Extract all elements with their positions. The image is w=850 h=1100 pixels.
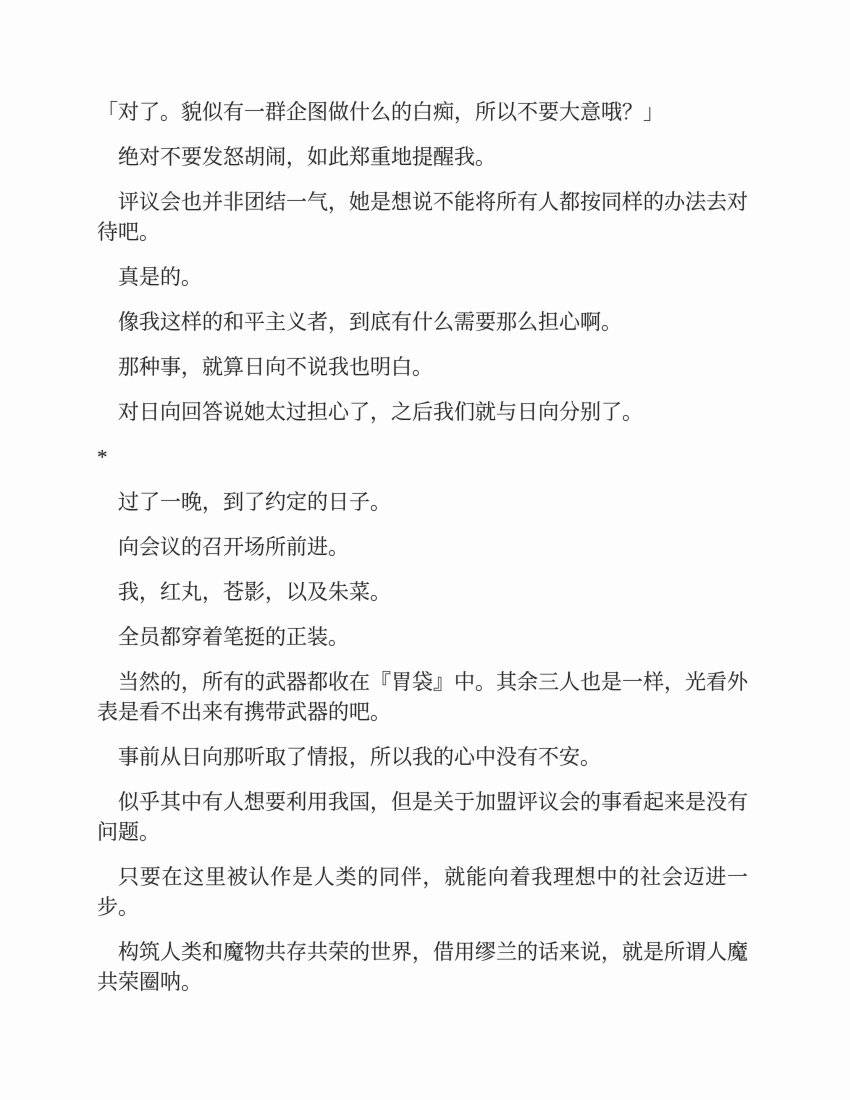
narration-paragraph: 只要在这里被认作是人类的同伴，就能向着我理想中的社会迈进一步。 [97,862,748,922]
narration-paragraph: 全员都穿着笔挺的正装。 [97,622,748,652]
narration-paragraph: 对日向回答说她太过担心了，之后我们就与日向分别了。 [97,397,748,427]
scene-separator: * [97,442,748,472]
narration-paragraph: 那种事，就算日向不说我也明白。 [97,352,748,382]
narration-paragraph: 当然的，所有的武器都收在『胃袋』中。其余三人也是一样，光看外表是看不出来有携带武… [97,667,748,727]
ebook-text-page: 「对了。貌似有一群企图做什么的白痴，所以不要大意哦？」 绝对不要发怒胡闹，如此郑… [0,0,850,997]
narration-paragraph: 事前从日向那听取了情报，所以我的心中没有不安。 [97,742,748,772]
narration-paragraph: 似乎其中有人想要利用我国，但是关于加盟评议会的事看起来是没有问题。 [97,787,748,847]
narration-paragraph: 过了一晚，到了约定的日子。 [97,487,748,517]
narration-paragraph: 真是的。 [97,262,748,292]
narration-paragraph: 构筑人类和魔物共存共荣的世界，借用缪兰的话来说，就是所谓人魔共荣圈呐。 [97,937,748,997]
narration-paragraph: 评议会也并非团结一气，她是想说不能将所有人都按同样的办法去对待吧。 [97,187,748,247]
narration-paragraph: 绝对不要发怒胡闹，如此郑重地提醒我。 [97,142,748,172]
narration-paragraph: 像我这样的和平主义者，到底有什么需要那么担心啊。 [97,307,748,337]
dialogue-paragraph: 「对了。貌似有一群企图做什么的白痴，所以不要大意哦？」 [97,97,748,127]
narration-paragraph: 向会议的召开场所前进。 [97,532,748,562]
narration-paragraph: 我，红丸，苍影，以及朱菜。 [97,577,748,607]
